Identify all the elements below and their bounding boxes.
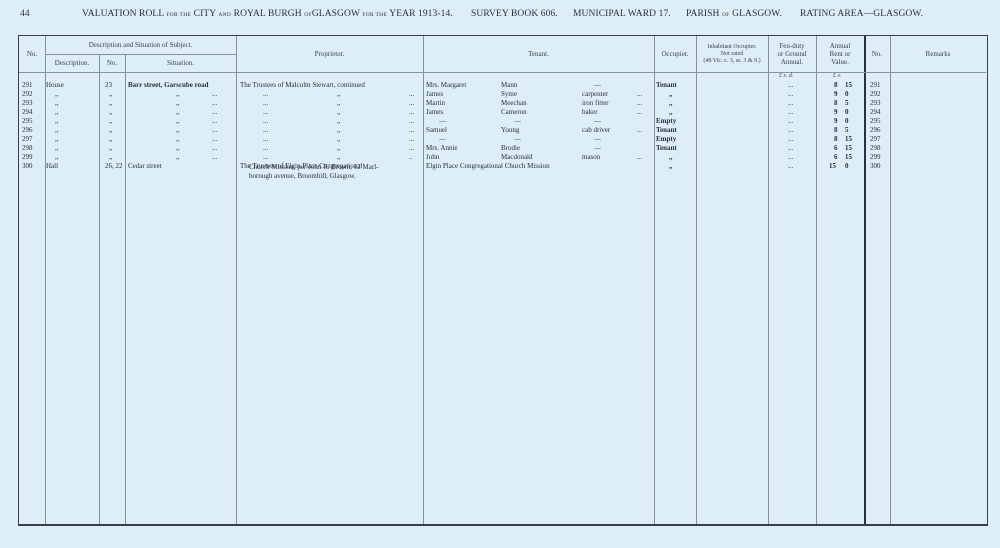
row-tenant-occupation: mason: [582, 153, 600, 162]
row-subject-no: ,,: [109, 135, 113, 144]
row-rent-shillings: 0: [845, 90, 849, 99]
title-text: ROYAL BURGH: [234, 9, 302, 19]
row-rent-pounds: 8: [834, 135, 838, 144]
row-description: ,,: [55, 153, 59, 162]
row-no: 294: [22, 108, 33, 117]
table-row: 298,,,,,,......,,...Mrs. AnnieBrodie—Ten…: [19, 144, 989, 153]
row-proprietor-ditto-b: ,,: [337, 117, 341, 126]
row-feu: ...: [788, 126, 793, 135]
row-tenant-dots: ...: [637, 108, 642, 117]
table-row: 292,,,,,,......,,...JamesSymecarpenter..…: [19, 90, 989, 99]
row-no: 295: [22, 117, 33, 126]
title-text: VALUATION ROLL: [82, 9, 164, 19]
row-occupier: Empty: [656, 135, 676, 144]
row-occupier: ,,: [669, 153, 673, 162]
row-description: ,,: [55, 90, 59, 99]
parish-text: PARISH: [686, 9, 720, 19]
rating-area: RATING AREA—GLASGOW.: [800, 9, 923, 19]
row-rent-shillings: 15: [845, 153, 852, 162]
row-occupier: Tenant: [656, 144, 677, 153]
row-description: ,,: [55, 144, 59, 153]
header-subject-no: No.: [99, 54, 125, 72]
table-row: 299,,,,,,......,,..JohnMacdonaldmason...…: [19, 153, 989, 162]
title-text: FOR THE: [166, 12, 191, 18]
row-feu: ...: [788, 153, 793, 162]
row-feu: ...: [788, 135, 793, 144]
row-no: 292: [22, 90, 33, 99]
row-tenant-last: Mann: [501, 81, 517, 90]
row-situation: ,,: [176, 108, 180, 117]
row-tenant-dots: ...: [637, 153, 642, 162]
row-tenant-first: —: [439, 117, 446, 126]
row-rent-shillings: 15: [845, 135, 852, 144]
row-tenant-last: —: [514, 117, 521, 126]
table-row: 291House23Barr street, Garscube roadThe …: [19, 81, 989, 90]
row-proprietor-ditto-c: ...: [409, 117, 414, 126]
row-rent-shillings: 15: [845, 144, 852, 153]
row-description: House: [46, 81, 64, 90]
row-no-right: 297: [870, 135, 881, 144]
header-annual-rent: Annual Rent or Value.: [816, 36, 864, 72]
row-situation: ,,: [176, 144, 180, 153]
parish-text: OF: [722, 12, 730, 18]
header-text: or Ground: [778, 50, 807, 58]
row-no-right: 295: [870, 117, 881, 126]
row-rent-shillings: 15: [845, 81, 852, 90]
rent-units: £ s.: [833, 73, 841, 79]
row-proprietor-ditto-c: ...: [409, 90, 414, 99]
row-proprietor-ditto-a: ...: [263, 117, 268, 126]
row-subject-no: 23: [105, 81, 112, 90]
row-description: ,,: [55, 126, 59, 135]
header-no: No.: [19, 36, 45, 72]
header-situation: Situation.: [125, 54, 236, 72]
row-situation-dots: ...: [212, 99, 217, 108]
row-situation: Barr street, Garscube road: [128, 81, 209, 90]
row-situation: ,,: [176, 99, 180, 108]
row-feu: ...: [788, 144, 793, 153]
row-proprietor-ditto-c: ...: [409, 99, 414, 108]
row-situation-dots: ...: [212, 135, 217, 144]
row-rent-pounds: 8: [834, 81, 838, 90]
row-description: ,,: [55, 117, 59, 126]
row-situation: ,,: [176, 126, 180, 135]
row-tenant-first: James: [426, 90, 443, 99]
proprietor-continuation-1: Church Mission, per John R. Brown, 12 Ma…: [249, 163, 379, 172]
row-rent-shillings: 0: [845, 117, 849, 126]
row-rent-pounds: 15: [829, 162, 836, 171]
row-rent-pounds: 9: [834, 108, 838, 117]
table-row: 296,,,,,,......,,...SamuelYoungcab drive…: [19, 126, 989, 135]
row-tenant-first: John: [426, 153, 439, 162]
header-remarks: Remarks: [890, 36, 986, 72]
row-occupier: ,,: [669, 99, 673, 108]
header-text: Not rated: [721, 51, 744, 58]
table-row: 294,,,,,,......,,...JamesCameronbaker...…: [19, 108, 989, 117]
table-row: 300Hall26, 22Cedar streetThe Trustees of…: [19, 162, 989, 171]
row-rent-pounds: 6: [834, 144, 838, 153]
row-no: 299: [22, 153, 33, 162]
header-text: Inhabitant Occupier.: [708, 44, 757, 51]
row-proprietor-ditto-a: ...: [263, 153, 268, 162]
row-tenant-first: James: [426, 108, 443, 117]
row-proprietor-ditto-b: ,,: [337, 135, 341, 144]
row-occupier: Tenant: [656, 81, 677, 90]
row-situation: ,,: [176, 117, 180, 126]
row-tenant-first: Mrs. Annie: [426, 144, 458, 153]
row-rent-pounds: 9: [834, 90, 838, 99]
row-no-right: 291: [870, 81, 881, 90]
header-text: (48 Vic. c. 3, ss. 3 & 9.): [703, 58, 760, 65]
proprietor-continuation-2: borough avenue, Broomhill, Glasgow.: [249, 172, 356, 181]
row-situation-dots: ...: [212, 108, 217, 117]
row-occupier: ,,: [669, 162, 673, 171]
row-tenant-last: Young: [501, 126, 519, 135]
row-subject-no: ,,: [109, 144, 113, 153]
row-subject-no: ,,: [109, 90, 113, 99]
row-rent-pounds: 8: [834, 126, 838, 135]
row-proprietor-ditto-a: ...: [263, 99, 268, 108]
row-situation: Cedar street: [128, 162, 162, 171]
title-text: FOR THE: [362, 12, 387, 18]
row-situation: ,,: [176, 135, 180, 144]
row-no: 297: [22, 135, 33, 144]
row-proprietor-ditto-b: ,,: [337, 126, 341, 135]
row-description: ,,: [55, 99, 59, 108]
row-proprietor-ditto-c: ..: [409, 153, 413, 162]
row-no-right: 299: [870, 153, 881, 162]
feu-units: £ s. d.: [779, 73, 793, 79]
row-tenant-dots: ...: [637, 90, 642, 99]
row-rent-pounds: 9: [834, 117, 838, 126]
row-rent-shillings: 0: [845, 162, 849, 171]
row-proprietor-ditto-a: ...: [263, 126, 268, 135]
row-tenant-occupation: —: [594, 144, 601, 153]
row-rent-shillings: 5: [845, 99, 849, 108]
page-number: 44: [20, 9, 30, 19]
row-subject-no: ,,: [109, 99, 113, 108]
row-tenant-dots: ...: [637, 126, 642, 135]
row-tenant-last: —: [514, 135, 521, 144]
municipal-ward: MUNICIPAL WARD 17.: [573, 9, 671, 19]
header-tenant: Tenant.: [423, 36, 654, 72]
header-text: Annual: [830, 42, 851, 50]
row-rent-shillings: 0: [845, 108, 849, 117]
row-description: ,,: [55, 135, 59, 144]
valuation-table: No. Description and Situation of Subject…: [18, 35, 988, 526]
row-feu: ...: [788, 99, 793, 108]
row-proprietor-ditto-a: ...: [263, 135, 268, 144]
row-no: 296: [22, 126, 33, 135]
row-tenant-first: —: [439, 135, 446, 144]
row-no-right: 292: [870, 90, 881, 99]
header-description-group: Description and Situation of Subject.: [45, 36, 236, 54]
row-occupier: ,,: [669, 90, 673, 99]
roll-title: VALUATION ROLL FOR THE CITY AND ROYAL BU…: [82, 9, 453, 19]
row-no: 293: [22, 99, 33, 108]
row-tenant-dots: ...: [637, 99, 642, 108]
row-feu: ...: [788, 117, 793, 126]
row-tenant-last: Brodie: [501, 144, 520, 153]
row-no-right: 296: [870, 126, 881, 135]
row-tenant-occupation: —: [594, 117, 601, 126]
row-proprietor-ditto-c: ...: [409, 135, 414, 144]
header-proprietor: Proprietor.: [236, 36, 423, 72]
row-tenant-last: Macdonald: [501, 153, 533, 162]
row-proprietor-ditto-b: ,,: [337, 144, 341, 153]
title-text: AND: [218, 12, 231, 18]
row-proprietor-ditto-a: ...: [263, 108, 268, 117]
row-no: 291: [22, 81, 33, 90]
header-text: Value.: [831, 58, 849, 66]
row-proprietor-ditto-c: ...: [409, 126, 414, 135]
row-feu: ...: [788, 108, 793, 117]
survey-book: SURVEY BOOK 606.: [471, 9, 558, 19]
row-feu: ...: [788, 90, 793, 99]
row-rent-pounds: 8: [834, 99, 838, 108]
row-situation-dots: ...: [212, 90, 217, 99]
row-situation-dots: ...: [212, 126, 217, 135]
row-subject-no: ,,: [109, 126, 113, 135]
row-tenant-last: Syme: [501, 90, 517, 99]
row-tenant-first: Martin: [426, 99, 445, 108]
row-no: 298: [22, 144, 33, 153]
row-description: ,,: [55, 108, 59, 117]
row-proprietor-ditto-b: ,,: [337, 153, 341, 162]
row-proprietor-ditto-b: ,,: [337, 99, 341, 108]
parish: PARISH OF GLASGOW.: [686, 9, 782, 19]
title-text: CITY: [194, 9, 216, 19]
table-row: 293,,,,,,......,,...MartinMeechaniron fi…: [19, 99, 989, 108]
row-situation-dots: ...: [212, 153, 217, 162]
row-no-right: 298: [870, 144, 881, 153]
title-text: YEAR 1913-14.: [389, 9, 453, 19]
header-feu-duty: Feu-duty or Ground Annual.: [768, 36, 816, 72]
row-tenant-occupation: carpenter: [582, 90, 608, 99]
header-inhabitant-occupier: Inhabitant Occupier. Not rated (48 Vic. …: [696, 36, 768, 72]
row-feu: ...: [788, 81, 793, 90]
parish-text: GLASGOW.: [732, 9, 782, 19]
row-proprietor-ditto-a: ...: [263, 90, 268, 99]
header-description: Description.: [45, 54, 99, 72]
row-tenant-occupation: baker: [582, 108, 598, 117]
row-occupier: Tenant: [656, 126, 677, 135]
row-rent-pounds: 6: [834, 153, 838, 162]
title-text: GLASGOW: [312, 9, 360, 19]
row-occupier: ,,: [669, 108, 673, 117]
header-text: Feu-duty: [779, 42, 804, 50]
row-proprietor-ditto-b: ,,: [337, 90, 341, 99]
row-situation-dots: ...: [212, 144, 217, 153]
row-tenant-first: Samuel: [426, 126, 447, 135]
row-no-right: 294: [870, 108, 881, 117]
row-tenant-occupation: cab driver: [582, 126, 610, 135]
row-tenant-last: Cameron: [501, 108, 527, 117]
row-situation: ,,: [176, 153, 180, 162]
row-proprietor-ditto-c: ...: [409, 144, 414, 153]
row-tenant-occupation: —: [594, 135, 601, 144]
row-situation-dots: ...: [212, 117, 217, 126]
row-proprietor-ditto-c: ...: [409, 108, 414, 117]
row-tenant-first: Mrs. Margaret: [426, 81, 466, 90]
row-subject-no: ,,: [109, 153, 113, 162]
row-situation: ,,: [176, 90, 180, 99]
row-description: Hall: [46, 162, 58, 171]
row-tenant-occupation: iron fitter: [582, 99, 609, 108]
row-no: 300: [22, 162, 33, 171]
header-text: Annual.: [781, 58, 803, 66]
row-no-right: 300: [870, 162, 881, 171]
row-proprietor-ditto-b: ,,: [337, 108, 341, 117]
table-row: 295,,,,,,......,,...———Empty...90295: [19, 117, 989, 126]
page-header: 44 VALUATION ROLL FOR THE CITY AND ROYAL…: [0, 9, 1000, 23]
row-rent-shillings: 5: [845, 126, 849, 135]
row-tenant-occupation: —: [594, 81, 601, 90]
row-subject-no: ,,: [109, 117, 113, 126]
header-occupier: Occupier.: [654, 36, 696, 72]
title-text: OF: [304, 12, 312, 18]
row-tenant-first: Elgin Place Congregational Church Missio…: [426, 162, 550, 171]
row-subject-no: 26, 22: [105, 162, 123, 171]
row-occupier: Empty: [656, 117, 676, 126]
header-text: Rent or: [830, 50, 851, 58]
row-feu: ...: [788, 162, 793, 171]
table-row: 297,,,,,,......,,...———Empty...815297: [19, 135, 989, 144]
header-no-right: No.: [864, 36, 890, 72]
row-tenant-last: Meechan: [501, 99, 527, 108]
row-subject-no: ,,: [109, 108, 113, 117]
row-no-right: 293: [870, 99, 881, 108]
row-proprietor-ditto-a: ...: [263, 144, 268, 153]
row-proprietor: The Trustees of Malcolm Stewart, continu…: [240, 81, 365, 90]
